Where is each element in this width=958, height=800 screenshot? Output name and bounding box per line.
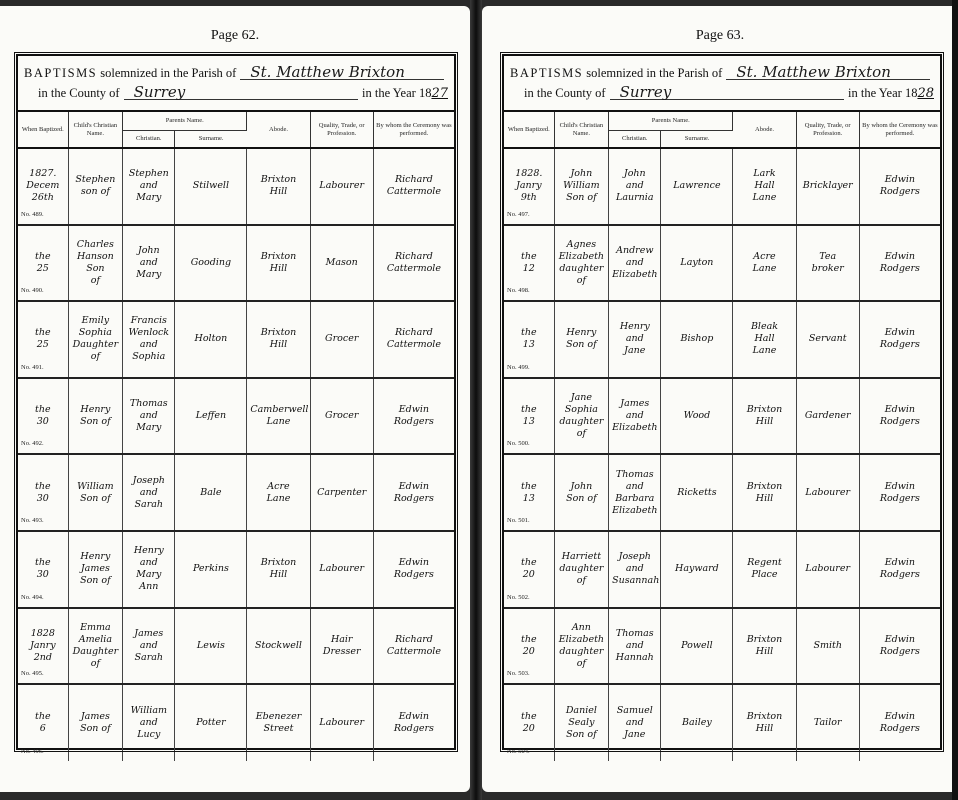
header-when-baptized: When Baptized. — [18, 112, 68, 148]
trade-cell-line: Grocer — [314, 333, 370, 345]
parents-christian-cell-line: and — [612, 481, 657, 493]
entry-number: No. 492. — [21, 438, 44, 450]
entry-number: No. 499. — [507, 362, 530, 374]
parents-christian-cell-line: James — [126, 628, 171, 640]
abode-cell-line: Camberwell — [250, 404, 306, 416]
child-name-cell: EmmaAmeliaDaughterof — [68, 608, 123, 685]
trade-cell-line: Mason — [314, 257, 370, 269]
officiant-cell-line: Richard — [377, 634, 451, 646]
abode-cell-line: Regent — [736, 557, 792, 569]
officiant-cell: EdwinRodgers — [859, 378, 940, 455]
officiant-cell-line: Rodgers — [863, 416, 937, 428]
when-baptized-cell-line: the — [21, 711, 65, 723]
parents-christian-cell: JohnandMary — [123, 225, 175, 302]
parents-surname-cell: Lewis — [175, 608, 247, 685]
entry-number: No. 493. — [21, 515, 44, 527]
child-name-cell-line: Emma — [72, 622, 120, 634]
abode-cell: BrixtonHill — [733, 378, 796, 455]
table-row: the6No. 496.JamesSon ofWilliamandLucyPot… — [18, 684, 454, 761]
entry-number: No. 491. — [21, 362, 44, 374]
parents-christian-cell-line: Barbara — [612, 493, 657, 505]
abode-cell-line: Hall — [736, 333, 792, 345]
officiant-cell-line: Edwin — [377, 404, 451, 416]
when-baptized-cell-line: the — [21, 481, 65, 493]
officiant-cell: RichardCattermole — [373, 301, 454, 378]
child-name-cell-line: Son of — [558, 339, 606, 351]
abode-cell: LarkHallLane — [733, 148, 796, 225]
table-row: the20No. 503.AnnElizabethdaughterofThoma… — [504, 608, 940, 685]
table-row: 1827.Decem26thNo. 489.Stephenson ofSteph… — [18, 148, 454, 225]
officiant-cell-line: Rodgers — [377, 493, 451, 505]
parents-christian-cell: JosephandSusannah — [609, 531, 661, 608]
parents-christian-cell: ThomasandBarbaraElizabeth — [609, 454, 661, 531]
officiant-cell-line: Rodgers — [377, 416, 451, 428]
officiant-cell-line: Rodgers — [863, 339, 937, 351]
table-row: the30No. 492.HenrySon ofThomasandMaryLef… — [18, 378, 454, 455]
child-name-cell-line: Jane — [558, 392, 606, 404]
when-baptized-cell: the30No. 492. — [18, 378, 68, 455]
when-baptized-cell-line: 12 — [507, 263, 551, 275]
child-name-cell-line: of — [72, 351, 120, 363]
entry-number: No. 489. — [21, 209, 44, 221]
county-name: Surrey — [124, 84, 358, 100]
when-baptized-cell-line: 6 — [21, 723, 65, 735]
officiant-cell-line: Cattermole — [377, 263, 451, 275]
page-number: Page 62. — [0, 28, 470, 44]
abode-cell-line: Place — [736, 569, 792, 581]
parents-surname-cell: Holton — [175, 301, 247, 378]
trade-cell: Labourer — [310, 684, 373, 761]
abode-cell-line: Brixton — [250, 327, 306, 339]
trade-cell: Labourer — [796, 454, 859, 531]
when-baptized-cell-line: 20 — [507, 569, 551, 581]
trade-cell: Grocer — [310, 378, 373, 455]
trade-cell: Gardener — [796, 378, 859, 455]
table-row: the25No. 490.CharlesHansonSonofJohnandMa… — [18, 225, 454, 302]
header-parents-surname: Surname. — [175, 130, 247, 148]
table-row: the13No. 500.JaneSophiadaughterofJamesan… — [504, 378, 940, 455]
parents-christian-cell-line: and — [126, 339, 171, 351]
baptism-register-table: BAPTISMS solemnized in the Parish of St.… — [16, 54, 456, 750]
page-number: Page 63. — [482, 28, 958, 44]
parents-christian-cell-line: and — [126, 257, 171, 269]
abode-cell: BrixtonHill — [247, 531, 310, 608]
officiant-cell: EdwinRodgers — [859, 608, 940, 685]
officiant-cell-line: Edwin — [377, 557, 451, 569]
register-heading: BAPTISMS solemnized in the Parish of St.… — [18, 56, 454, 112]
child-name-cell: WilliamSon of — [68, 454, 123, 531]
trade-cell-line: Dresser — [314, 646, 370, 658]
when-baptized-cell-line: Decem — [21, 180, 65, 192]
when-baptized-cell-line: the — [21, 251, 65, 263]
parents-christian-cell-line: Elizabeth — [612, 269, 657, 281]
when-baptized-cell: the25No. 490. — [18, 225, 68, 302]
header-abode: Abode. — [733, 112, 796, 148]
trade-cell-line: Labourer — [314, 717, 370, 729]
county-label: in the County of — [38, 86, 120, 101]
parents-surname-cell: Powell — [661, 608, 733, 685]
book-spine — [470, 0, 482, 800]
parents-christian-cell-line: and — [612, 333, 657, 345]
when-baptized-cell: the25No. 491. — [18, 301, 68, 378]
parents-christian-cell-line: Andrew — [612, 245, 657, 257]
header-when-baptized: When Baptized. — [504, 112, 554, 148]
entry-number: No. 496. — [21, 746, 44, 758]
trade-cell-line: Tailor — [800, 717, 856, 729]
page-left: Page 62. BAPTISMS solemnized in the Pari… — [0, 6, 470, 792]
parents-christian-cell: SamuelandJane — [609, 684, 661, 761]
parents-christian-cell-line: Henry — [612, 321, 657, 333]
child-name-cell-line: daughter — [558, 263, 606, 275]
when-baptized-cell-line: Janry — [507, 180, 551, 192]
trade-cell-line: Labourer — [800, 487, 856, 499]
parents-surname-cell: Gooding — [175, 225, 247, 302]
header-parents-christian: Christian. — [123, 130, 175, 148]
when-baptized-cell: the20No. 502. — [504, 531, 554, 608]
parents-christian-cell-line: Wenlock — [126, 327, 171, 339]
header-child-name: Child's Christian Name. — [554, 112, 609, 148]
parents-christian-cell-line: Hannah — [612, 652, 657, 664]
abode-cell: EbenezerStreet — [247, 684, 310, 761]
register-heading: BAPTISMS solemnized in the Parish of St.… — [504, 56, 940, 112]
when-baptized-cell-line: 25 — [21, 339, 65, 351]
officiant-cell-line: Richard — [377, 174, 451, 186]
when-baptized-cell: the13No. 501. — [504, 454, 554, 531]
when-baptized-cell-line: 13 — [507, 339, 551, 351]
when-baptized-cell-line: the — [507, 251, 551, 263]
officiant-cell-line: Rodgers — [863, 263, 937, 275]
trade-cell: Mason — [310, 225, 373, 302]
trade-cell-line: Gardener — [800, 410, 856, 422]
child-name-cell-line: Sophia — [558, 404, 606, 416]
parents-christian-cell-line: William — [126, 705, 171, 717]
when-baptized-cell-line: 1828. — [507, 168, 551, 180]
entry-number: No. 490. — [21, 285, 44, 297]
officiant-cell-line: Edwin — [863, 251, 937, 263]
child-name-cell-line: Daughter — [72, 339, 120, 351]
parents-surname-cell: Perkins — [175, 531, 247, 608]
parents-christian-cell-line: Francis — [126, 315, 171, 327]
child-name-cell-line: of — [558, 658, 606, 670]
child-name-cell-line: daughter — [558, 416, 606, 428]
header-child-name: Child's Christian Name. — [68, 112, 123, 148]
child-name-cell-line: James — [72, 563, 120, 575]
abode-cell-line: Brixton — [250, 174, 306, 186]
abode-cell-line: Bleak — [736, 321, 792, 333]
when-baptized-cell-line: 26th — [21, 192, 65, 204]
header-trade: Quality, Trade, or Profession. — [796, 112, 859, 148]
officiant-cell-line: Richard — [377, 251, 451, 263]
entry-number: No. 494. — [21, 592, 44, 604]
parents-christian-cell-line: Joseph — [126, 475, 171, 487]
child-name-cell-line: Son of — [558, 729, 606, 741]
abode-cell-line: Lane — [736, 263, 792, 275]
officiant-cell-line: Edwin — [863, 711, 937, 723]
abode-cell: Stockwell — [247, 608, 310, 685]
parents-christian-cell-line: Mary — [126, 269, 171, 281]
abode-cell-line: Acre — [736, 251, 792, 263]
officiant-cell-line: Edwin — [863, 404, 937, 416]
child-name-cell-line: daughter — [558, 646, 606, 658]
officiant-cell: EdwinRodgers — [373, 684, 454, 761]
child-name-cell-line: of — [558, 428, 606, 440]
parents-christian-cell: ThomasandMary — [123, 378, 175, 455]
county-name: Surrey — [610, 84, 844, 100]
child-name-cell-line: Sophia — [72, 327, 120, 339]
when-baptized-cell: the30No. 494. — [18, 531, 68, 608]
when-baptized-cell: 1828.Janry9thNo. 497. — [504, 148, 554, 225]
year-suffix: 27 — [431, 86, 448, 101]
officiant-cell-line: Edwin — [377, 711, 451, 723]
when-baptized-cell-line: 9th — [507, 192, 551, 204]
when-baptized-cell-line: 13 — [507, 493, 551, 505]
abode-cell: BrixtonHill — [247, 301, 310, 378]
officiant-cell-line: Edwin — [863, 481, 937, 493]
trade-cell: Teabroker — [796, 225, 859, 302]
child-name-cell: DanielSealySon of — [554, 684, 609, 761]
when-baptized-cell-line: Janry — [21, 640, 65, 652]
parents-christian-cell-line: and — [126, 487, 171, 499]
parents-christian-cell: HenryandMaryAnn — [123, 531, 175, 608]
child-name-cell-line: Daughter — [72, 646, 120, 658]
parents-christian-cell: JamesandElizabeth — [609, 378, 661, 455]
parents-surname-cell: Stilwell — [175, 148, 247, 225]
county-label: in the County of — [524, 86, 606, 101]
abode-cell: BrixtonHill — [733, 454, 796, 531]
parents-surname-cell: Leffen — [175, 378, 247, 455]
abode-cell-line: Brixton — [250, 557, 306, 569]
officiant-cell-line: Rodgers — [863, 569, 937, 581]
child-name-cell-line: Henry — [72, 404, 120, 416]
parents-christian-cell-line: Susannah — [612, 575, 657, 587]
entry-number: No. 503. — [507, 668, 530, 680]
child-name-cell: EmilySophiaDaughterof — [68, 301, 123, 378]
when-baptized-cell-line: the — [21, 327, 65, 339]
table-row: 1828.Janry9thNo. 497.JohnWilliamSon ofJo… — [504, 148, 940, 225]
abode-cell-line: Lane — [736, 345, 792, 357]
officiant-cell: EdwinRodgers — [373, 378, 454, 455]
when-baptized-cell-line: 20 — [507, 646, 551, 658]
trade-cell-line: Labourer — [314, 563, 370, 575]
parents-surname-cell: Wood — [661, 378, 733, 455]
child-name-cell-line: Ann — [558, 622, 606, 634]
year-label: in the Year 18 — [362, 86, 431, 101]
officiant-cell-line: Cattermole — [377, 646, 451, 658]
officiant-cell: EdwinRodgers — [373, 531, 454, 608]
when-baptized-cell-line: 30 — [21, 569, 65, 581]
trade-cell-line: broker — [800, 263, 856, 275]
abode-cell-line: Brixton — [250, 251, 306, 263]
officiant-cell-line: Edwin — [863, 557, 937, 569]
trade-cell-line: Bricklayer — [800, 180, 856, 192]
header-parents-name: Parents Name. — [609, 112, 733, 130]
parents-christian-cell-line: Thomas — [612, 469, 657, 481]
child-name-cell: JamesSon of — [68, 684, 123, 761]
table-row: 1828Janry2ndNo. 495.EmmaAmeliaDaughterof… — [18, 608, 454, 685]
parents-christian-cell-line: and — [612, 257, 657, 269]
abode-cell-line: Hill — [250, 263, 306, 275]
child-name-cell: JohnSon of — [554, 454, 609, 531]
officiant-cell: EdwinRodgers — [859, 301, 940, 378]
header-parents-christian: Christian. — [609, 130, 661, 148]
abode-cell: BleakHallLane — [733, 301, 796, 378]
child-name-cell-line: of — [72, 658, 120, 670]
abode-cell-line: Hill — [736, 416, 792, 428]
child-name-cell: Stephenson of — [68, 148, 123, 225]
abode-cell-line: Brixton — [736, 711, 792, 723]
header-parents-surname: Surname. — [661, 130, 733, 148]
parents-christian-cell-line: and — [612, 640, 657, 652]
abode-cell-line: Street — [250, 723, 306, 735]
child-name-cell-line: Henry — [558, 327, 606, 339]
parents-christian-cell-line: and — [612, 180, 657, 192]
parents-christian-cell-line: and — [612, 717, 657, 729]
parish-name: St. Matthew Brixton — [240, 64, 444, 80]
abode-cell-line: Acre — [250, 481, 306, 493]
baptisms-title: BAPTISMS — [24, 66, 97, 81]
parents-christian-cell-line: Joseph — [612, 551, 657, 563]
parents-christian-cell: JamesandSarah — [123, 608, 175, 685]
when-baptized-cell-line: the — [21, 557, 65, 569]
trade-cell: Labourer — [310, 148, 373, 225]
officiant-cell-line: Cattermole — [377, 186, 451, 198]
parents-christian-cell-line: Mary — [126, 422, 171, 434]
child-name-cell-line: John — [558, 168, 606, 180]
child-name-cell-line: Son of — [72, 575, 120, 587]
child-name-cell-line: James — [72, 711, 120, 723]
header-by-whom: By whom the Ceremony was performed. — [373, 112, 454, 148]
parents-surname-cell: Lawrence — [661, 148, 733, 225]
when-baptized-cell-line: the — [507, 327, 551, 339]
parents-christian-cell: WilliamandLucy — [123, 684, 175, 761]
child-name-cell-line: of — [558, 575, 606, 587]
officiant-cell: RichardCattermole — [373, 608, 454, 685]
parents-christian-cell-line: and — [612, 563, 657, 575]
abode-cell-line: Hall — [736, 180, 792, 192]
trade-cell: Tailor — [796, 684, 859, 761]
child-name-cell-line: Daniel — [558, 705, 606, 717]
trade-cell-line: Labourer — [314, 180, 370, 192]
parents-christian-cell-line: and — [126, 180, 171, 192]
parents-christian-cell-line: and — [612, 410, 657, 422]
officiant-cell: RichardCattermole — [373, 148, 454, 225]
child-name-cell-line: son of — [72, 186, 120, 198]
when-baptized-cell: the6No. 496. — [18, 684, 68, 761]
officiant-cell: EdwinRodgers — [373, 454, 454, 531]
parents-christian-cell-line: Thomas — [612, 628, 657, 640]
when-baptized-cell: the12No. 498. — [504, 225, 554, 302]
officiant-cell-line: Edwin — [377, 481, 451, 493]
child-name-cell-line: Elizabeth — [558, 251, 606, 263]
parents-surname-cell: Layton — [661, 225, 733, 302]
parents-christian-cell-line: Lucy — [126, 729, 171, 741]
child-name-cell-line: Son of — [558, 493, 606, 505]
abode-cell-line: Lark — [736, 168, 792, 180]
parents-christian-cell-line: Samuel — [612, 705, 657, 717]
abode-cell-line: Lane — [250, 493, 306, 505]
officiant-cell: EdwinRodgers — [859, 531, 940, 608]
register-entries: 1828.Janry9thNo. 497.JohnWilliamSon ofJo… — [504, 148, 940, 761]
child-name-cell: Harriettdaughterof — [554, 531, 609, 608]
officiant-cell: EdwinRodgers — [859, 454, 940, 531]
abode-cell-line: Brixton — [736, 404, 792, 416]
parents-christian-cell-line: Laurnia — [612, 192, 657, 204]
when-baptized-cell: 1827.Decem26thNo. 489. — [18, 148, 68, 225]
parents-christian-cell-line: Mary — [126, 569, 171, 581]
when-baptized-cell-line: the — [507, 557, 551, 569]
trade-cell: Carpenter — [310, 454, 373, 531]
child-name-cell: CharlesHansonSonof — [68, 225, 123, 302]
parents-christian-cell-line: James — [612, 398, 657, 410]
child-name-cell: AnnElizabethdaughterof — [554, 608, 609, 685]
when-baptized-cell-line: the — [507, 711, 551, 723]
parents-christian-cell-line: and — [126, 410, 171, 422]
entry-number: No. 497. — [507, 209, 530, 221]
entry-number: No. 500. — [507, 438, 530, 450]
table-row: the12No. 498.AgnesElizabethdaughterofAnd… — [504, 225, 940, 302]
when-baptized-cell: the30No. 493. — [18, 454, 68, 531]
when-baptized-cell-line: 2nd — [21, 652, 65, 664]
officiant-cell-line: Rodgers — [863, 186, 937, 198]
officiant-cell: EdwinRodgers — [859, 225, 940, 302]
child-name-cell-line: Son of — [558, 192, 606, 204]
parents-christian-cell-line: Sarah — [126, 499, 171, 511]
parents-christian-cell-line: and — [126, 557, 171, 569]
header-abode: Abode. — [247, 112, 310, 148]
child-name-cell-line: Henry — [72, 551, 120, 563]
child-name-cell: AgnesElizabethdaughterof — [554, 225, 609, 302]
parents-christian-cell: HenryandJane — [609, 301, 661, 378]
parents-surname-cell: Hayward — [661, 531, 733, 608]
parents-christian-cell-line: Jane — [612, 345, 657, 357]
parents-christian-cell: AndrewandElizabeth — [609, 225, 661, 302]
parents-surname-cell: Bale — [175, 454, 247, 531]
officiant-cell-line: Rodgers — [377, 723, 451, 735]
child-name-cell-line: daughter — [558, 563, 606, 575]
child-name-cell-line: William — [558, 180, 606, 192]
parents-christian-cell-line: Mary — [126, 192, 171, 204]
when-baptized-cell-line: 30 — [21, 416, 65, 428]
book-edge — [952, 0, 958, 800]
abode-cell: CamberwellLane — [247, 378, 310, 455]
trade-cell-line: Hair — [314, 634, 370, 646]
child-name-cell-line: William — [72, 481, 120, 493]
when-baptized-cell: 1828Janry2ndNo. 495. — [18, 608, 68, 685]
child-name-cell-line: of — [72, 275, 120, 287]
when-baptized-cell-line: the — [507, 634, 551, 646]
abode-cell-line: Hill — [736, 493, 792, 505]
parish-name: St. Matthew Brixton — [726, 64, 930, 80]
parents-christian-cell: JohnandLaurnia — [609, 148, 661, 225]
officiant-cell-line: Rodgers — [863, 493, 937, 505]
parents-christian-cell: FrancisWenlockandSophia — [123, 301, 175, 378]
officiant-cell-line: Rodgers — [863, 723, 937, 735]
abode-cell: RegentPlace — [733, 531, 796, 608]
baptisms-title: BAPTISMS — [510, 66, 583, 81]
header-by-whom: By whom the Ceremony was performed. — [859, 112, 940, 148]
abode-cell-line: Hill — [736, 723, 792, 735]
officiant-cell: EdwinRodgers — [859, 684, 940, 761]
trade-cell: Servant — [796, 301, 859, 378]
abode-cell: BrixtonHill — [247, 225, 310, 302]
trade-cell: Labourer — [310, 531, 373, 608]
trade-cell-line: Labourer — [800, 563, 856, 575]
child-name-cell-line: Elizabeth — [558, 634, 606, 646]
abode-cell-line: Hill — [250, 186, 306, 198]
child-name-cell-line: Son of — [72, 723, 120, 735]
parents-christian-cell-line: Stephen — [126, 168, 171, 180]
abode-cell-line: Lane — [250, 416, 306, 428]
